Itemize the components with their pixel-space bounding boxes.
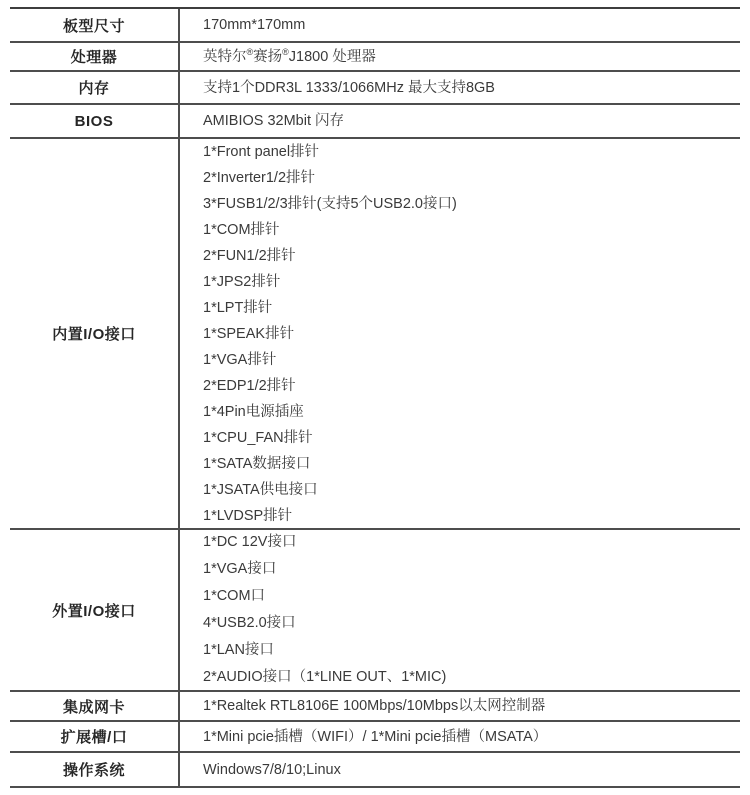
row-expansion: 扩展槽/口 1*Mini pcie插槽（WIFI）/ 1*Mini pcie插槽…	[10, 722, 740, 753]
row-internal-io: 内置I/O接口 1*Front panel排针 2*Inverter1/2排针 …	[10, 139, 740, 530]
spec-value-line: 1*LVDSP排针	[203, 503, 740, 529]
spec-value-line: 1*LPT排针	[203, 295, 740, 321]
spec-value-os: Windows7/8/10;Linux	[178, 753, 740, 786]
spec-value-line: 1*SPEAK排针	[203, 321, 740, 347]
spec-label-expansion: 扩展槽/口	[10, 722, 178, 751]
spec-value-bios: AMIBIOS 32Mbit 闪存	[178, 105, 740, 137]
spec-label-processor: 处理器	[10, 43, 178, 70]
cpu-model: J1800 处理器	[289, 49, 376, 65]
spec-value-line: 2*EDP1/2排针	[203, 373, 740, 399]
spec-value-line: 2*FUN1/2排针	[203, 243, 740, 269]
spec-value-line: 1*JPS2排针	[203, 269, 740, 295]
spec-value-line: AMIBIOS 32Mbit 闪存	[203, 108, 740, 134]
spec-value-line: 1*Realtek RTL8106E 100Mbps/10Mbps以太网控制器	[203, 693, 740, 719]
spec-value-line: 1*COM排针	[203, 217, 740, 243]
cpu-brand: 英特尔	[203, 49, 247, 65]
spec-value-line: 4*USB2.0接口	[203, 610, 740, 637]
spec-value-board-size: 170mm*170mm	[178, 9, 740, 41]
spec-value-line: 2*Inverter1/2排针	[203, 165, 740, 191]
row-os: 操作系统 Windows7/8/10;Linux	[10, 753, 740, 788]
spec-value-line: 1*JSATA供电接口	[203, 477, 740, 503]
spec-value-line: 1*VGA排针	[203, 347, 740, 373]
cpu-series: 赛扬	[253, 49, 282, 65]
spec-value-external-io: 1*DC 12V接口 1*VGA接口 1*COM口 4*USB2.0接口 1*L…	[178, 530, 740, 690]
spec-label-os: 操作系统	[10, 753, 178, 786]
spec-table: 板型尺寸 170mm*170mm 处理器 英特尔®赛扬®J1800 处理器 内存…	[10, 7, 740, 788]
spec-value-line: 2*AUDIO接口（1*LINE OUT、1*MIC)	[203, 664, 740, 691]
spec-value-line: 1*SATA数据接口	[203, 451, 740, 477]
spec-label-memory: 内存	[10, 72, 178, 103]
spec-value-line: 1*LAN接口	[203, 637, 740, 664]
spec-value-line: 1*COM口	[203, 583, 740, 610]
spec-label-board-size: 板型尺寸	[10, 9, 178, 41]
row-ethernet: 集成网卡 1*Realtek RTL8106E 100Mbps/10Mbps以太…	[10, 692, 740, 722]
spec-label-ethernet: 集成网卡	[10, 692, 178, 720]
spec-value-internal-io: 1*Front panel排针 2*Inverter1/2排针 3*FUSB1/…	[178, 139, 740, 528]
spec-value-line: 1*Mini pcie插槽（WIFI）/ 1*Mini pcie插槽（MSATA…	[203, 724, 740, 750]
spec-value-line: Windows7/8/10;Linux	[203, 757, 740, 783]
spec-value-ethernet: 1*Realtek RTL8106E 100Mbps/10Mbps以太网控制器	[178, 692, 740, 720]
spec-label-bios: BIOS	[10, 105, 178, 137]
registered-mark-icon: ®	[282, 47, 289, 57]
row-memory: 内存 支持1个DDR3L 1333/1066MHz 最大支持8GB	[10, 72, 740, 105]
spec-value-line: 170mm*170mm	[203, 12, 740, 38]
spec-label-internal-io: 内置I/O接口	[10, 139, 178, 528]
spec-value-line: 英特尔®赛扬®J1800 处理器	[203, 44, 740, 70]
spec-value-line: 1*4Pin电源插座	[203, 399, 740, 425]
spec-value-memory: 支持1个DDR3L 1333/1066MHz 最大支持8GB	[178, 72, 740, 103]
spec-value-line: 支持1个DDR3L 1333/1066MHz 最大支持8GB	[203, 75, 740, 101]
spec-value-line: 1*Front panel排针	[203, 139, 740, 165]
spec-value-line: 3*FUSB1/2/3排针(支持5个USB2.0接口)	[203, 191, 740, 217]
row-bios: BIOS AMIBIOS 32Mbit 闪存	[10, 105, 740, 139]
row-external-io: 外置I/O接口 1*DC 12V接口 1*VGA接口 1*COM口 4*USB2…	[10, 530, 740, 692]
spec-label-external-io: 外置I/O接口	[10, 530, 178, 690]
row-board-size: 板型尺寸 170mm*170mm	[10, 9, 740, 43]
spec-value-expansion: 1*Mini pcie插槽（WIFI）/ 1*Mini pcie插槽（MSATA…	[178, 722, 740, 751]
row-processor: 处理器 英特尔®赛扬®J1800 处理器	[10, 43, 740, 72]
spec-value-line: 1*VGA接口	[203, 556, 740, 583]
spec-value-processor: 英特尔®赛扬®J1800 处理器	[178, 43, 740, 70]
spec-value-line: 1*DC 12V接口	[203, 529, 740, 556]
spec-sheet-page: 板型尺寸 170mm*170mm 处理器 英特尔®赛扬®J1800 处理器 内存…	[0, 0, 750, 795]
spec-value-line: 1*CPU_FAN排针	[203, 425, 740, 451]
